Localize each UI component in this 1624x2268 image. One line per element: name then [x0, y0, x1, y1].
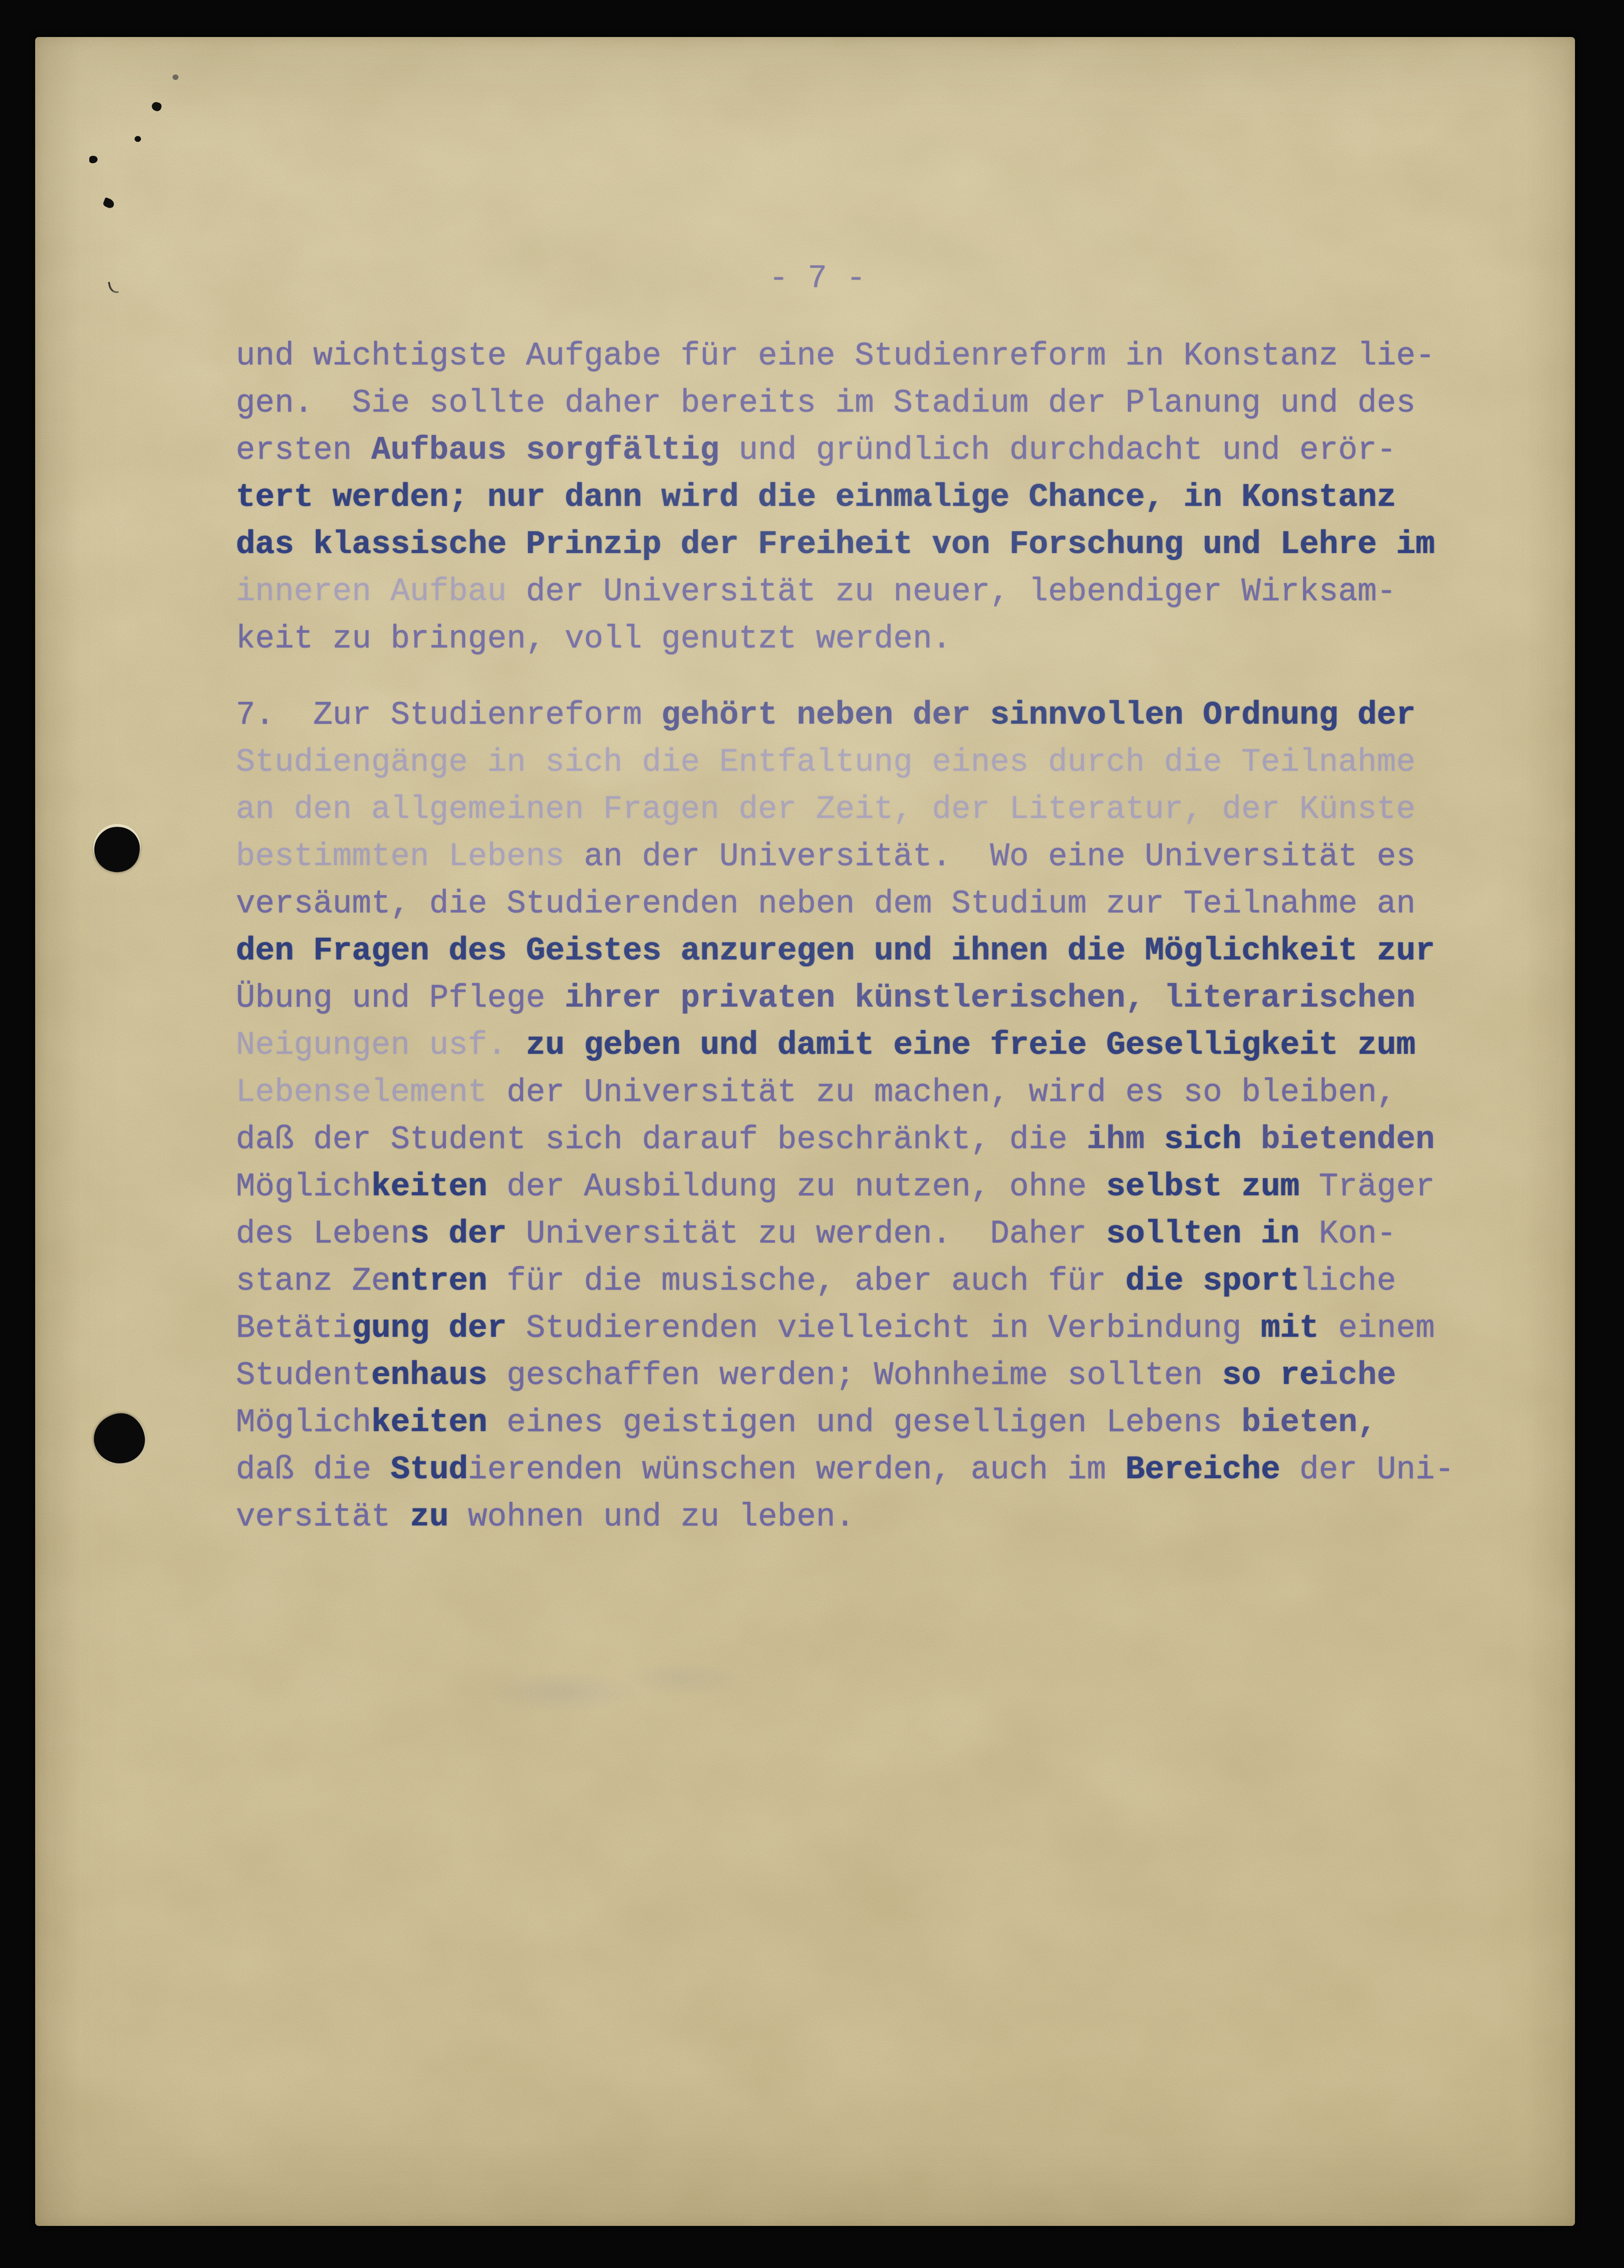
text-segment: und wichtigste Aufgabe für eine Studienr…: [236, 338, 1435, 374]
text-segment: Aufbaus sorgfältig: [371, 432, 720, 468]
text-segment: daß der Student sich darauf beschränkt, …: [236, 1121, 1087, 1158]
text-segment: Studierenden vielleicht in Verbindung: [506, 1310, 1261, 1346]
typed-line: Betätigung der Studierenden vielleicht i…: [236, 1305, 1454, 1352]
text-segment: der Uni-: [1280, 1451, 1454, 1488]
text-segment: ntren: [391, 1263, 487, 1299]
text-segment: versität: [236, 1499, 410, 1535]
text-segment: Universität zu werden. Daher: [506, 1216, 1106, 1252]
text-segment: bestimmten Lebens: [236, 838, 565, 875]
text-segment: selbst zum: [1106, 1168, 1299, 1205]
typed-line: daß der Student sich darauf beschränkt, …: [236, 1116, 1454, 1163]
ink-speck: [135, 136, 141, 142]
page-number: - 7 -: [769, 255, 866, 302]
text-segment: Übung und Pflege: [236, 980, 565, 1016]
text-segment: gung der: [352, 1310, 507, 1346]
typed-line: das klassische Prinzip der Freiheit von …: [236, 521, 1454, 568]
text-segment: stanz Ze: [236, 1263, 391, 1299]
paragraph: 7. Zur Studienreform gehört neben der si…: [236, 692, 1454, 1541]
text-segment: eines geistigen und geselligen Lebens: [487, 1404, 1242, 1441]
pen-tick-mark: [108, 280, 118, 294]
text-segment: enhaus: [371, 1357, 487, 1394]
text-segment: ihm: [1087, 1121, 1164, 1158]
text-segment: Studiengänge in sich die Entfaltung eine…: [236, 744, 1415, 781]
text-segment: geschaffen werden; Wohnheime sollten: [487, 1357, 1222, 1394]
text-segment: sich: [1164, 1121, 1241, 1158]
typed-line: Übung und Pflege ihrer privaten künstler…: [236, 975, 1454, 1022]
typed-line: stanz Zentren für die musische, aber auc…: [236, 1258, 1454, 1305]
text-segment: ihrer privaten künstlerischen, literaris…: [565, 980, 1415, 1016]
typed-line: gen. Sie sollte daher bereits im Stadium…: [236, 380, 1454, 427]
text-segment: keit zu bringen, voll genutzt werden.: [236, 621, 951, 657]
text-segment: und gründlich durchdacht und erör-: [720, 432, 1396, 468]
paragraph: und wichtigste Aufgabe für eine Studienr…: [236, 332, 1454, 663]
text-segment: bieten,: [1242, 1404, 1377, 1441]
text-segment: zu: [410, 1499, 449, 1535]
text-segment: Möglich: [236, 1168, 371, 1205]
typed-line: Neigungen usf. zu geben und damit eine f…: [236, 1022, 1454, 1069]
text-segment: Stud: [391, 1451, 468, 1488]
text-segment: so re: [1222, 1357, 1319, 1394]
text-segment: einem: [1319, 1310, 1435, 1346]
text-segment: sollten in: [1106, 1216, 1299, 1252]
typed-line: Lebenselement der Universität zu machen,…: [236, 1069, 1454, 1116]
typed-line: des Lebens der Universität zu werden. Da…: [236, 1211, 1454, 1258]
text-segment: bietenden: [1242, 1121, 1435, 1158]
text-segment: gen. Sie sollte daher bereits im Stadium…: [236, 385, 1415, 421]
text-segment: Möglich: [236, 1404, 371, 1441]
typed-line: Studentenhaus geschaffen werden; Wohnhei…: [236, 1352, 1454, 1399]
text-segment: Kon-: [1299, 1216, 1396, 1252]
typed-line: keit zu bringen, voll genutzt werden.: [236, 615, 1454, 663]
text-segment: keiten: [371, 1168, 487, 1205]
text-segment: für die musische, aber auch für: [487, 1263, 1126, 1299]
typed-line: versäumt, die Studierenden neben dem Stu…: [236, 880, 1454, 928]
typed-line: Studiengänge in sich die Entfaltung eine…: [236, 739, 1454, 786]
text-segment: iche: [1319, 1357, 1396, 1394]
text-segment: an den allgemeinen Fragen der Zeit, der …: [236, 791, 1415, 828]
text-segment: der Universität zu machen, wird es so bl…: [487, 1074, 1396, 1111]
paper-sheet: - 7 - und wichtigste Aufgabe für eine St…: [35, 37, 1575, 2226]
typed-line: Möglichkeiten eines geistigen und gesell…: [236, 1399, 1454, 1446]
text-segment: keiten: [371, 1404, 487, 1441]
typed-text-block: und wichtigste Aufgabe für eine Studienr…: [236, 332, 1454, 1541]
typed-line: Möglichkeiten der Ausbildung zu nutzen, …: [236, 1163, 1454, 1211]
ink-speck: [151, 101, 162, 112]
text-segment: daß die: [236, 1451, 391, 1488]
ink-speck: [102, 197, 115, 209]
text-segment: Lebenselement: [236, 1074, 487, 1111]
text-segment: versäumt, die Studierenden neben dem Stu…: [236, 885, 1415, 922]
text-segment: Student: [236, 1357, 371, 1394]
text-segment: an der Universität. Wo eine Universität …: [565, 838, 1415, 875]
text-segment: der Universität zu neuer, lebendiger Wir…: [506, 573, 1396, 610]
typed-line: den Fragen des Geistes anzuregen und ihn…: [236, 928, 1454, 975]
text-segment: mit: [1261, 1310, 1318, 1346]
ink-bleed-smudge: [451, 1628, 803, 1739]
punch-hole-bottom: [91, 1411, 148, 1467]
typed-line: 7. Zur Studienreform gehört neben der si…: [236, 692, 1454, 739]
text-segment: Bereiche: [1126, 1451, 1280, 1488]
ink-speck: [172, 74, 178, 80]
text-segment: des Leben: [236, 1216, 410, 1252]
text-segment: ersten: [236, 432, 371, 468]
typed-line: bestimmten Lebens an der Universität. Wo…: [236, 833, 1454, 880]
typed-line: inneren Aufbau der Universität zu neuer,…: [236, 568, 1454, 615]
typed-line: und wichtigste Aufgabe für eine Studienr…: [236, 332, 1454, 380]
typed-line: an den allgemeinen Fragen der Zeit, der …: [236, 786, 1454, 833]
text-segment: inneren Aufbau: [236, 573, 506, 610]
text-segment: Betäti: [236, 1310, 352, 1346]
typed-line: daß die Studierenden wünschen werden, au…: [236, 1446, 1454, 1494]
typed-line: tert werden; nur dann wird die einmalige…: [236, 474, 1454, 521]
text-segment: 7. Zur Studienreform: [236, 697, 661, 733]
text-segment: s der: [410, 1216, 506, 1252]
text-segment: gehört neben der: [661, 697, 990, 733]
text-segment: das klassische Prinzip der Freiheit von …: [236, 526, 1435, 563]
text-segment: ierenden wünschen werden, auch im: [468, 1451, 1126, 1488]
typed-line: versität zu wohnen und zu leben.: [236, 1494, 1454, 1541]
text-segment: Träger: [1299, 1168, 1435, 1205]
text-segment: sinnvollen Ordnung der: [990, 697, 1415, 733]
text-segment: Neigungen usf.: [236, 1027, 506, 1063]
punch-hole-top: [91, 823, 143, 876]
text-segment: wohnen und zu leben.: [449, 1499, 855, 1535]
scan-background: - 7 - und wichtigste Aufgabe für eine St…: [0, 0, 1624, 2268]
text-segment: zu geben und damit eine freie Geselligke…: [506, 1027, 1415, 1063]
text-segment: der Ausbildung zu nutzen, ohne: [487, 1168, 1106, 1205]
typed-line: ersten Aufbaus sorgfältig und gründlich …: [236, 427, 1454, 474]
text-segment: den Fragen des Geistes anzuregen und ihn…: [236, 933, 1435, 969]
ink-speck: [89, 156, 98, 163]
text-segment: die sport: [1126, 1263, 1299, 1299]
text-segment: tert werden; nur dann wird die einmalige…: [236, 479, 1396, 516]
text-segment: liche: [1299, 1263, 1396, 1299]
